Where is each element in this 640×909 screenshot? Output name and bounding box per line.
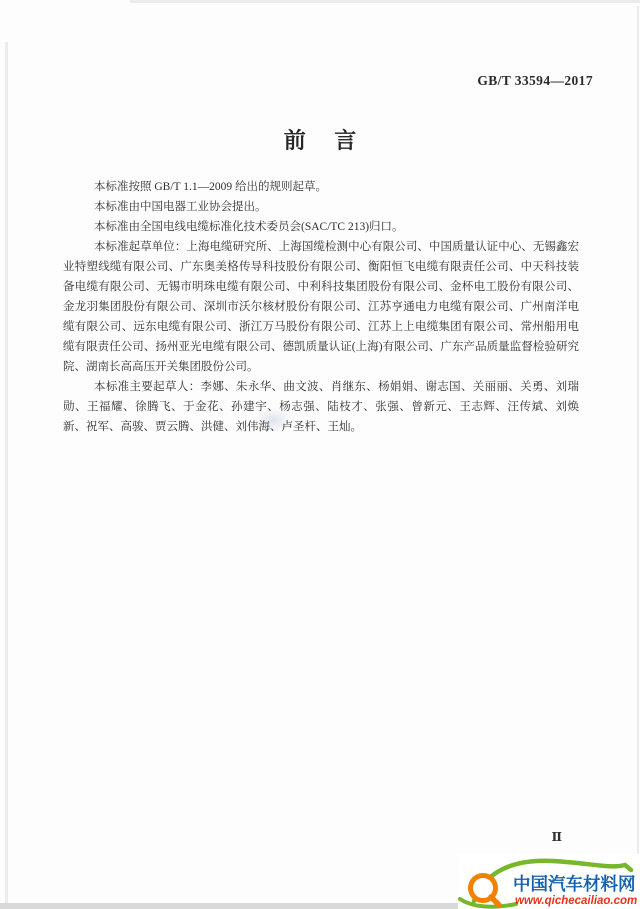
foreword-paragraph: 本标准由全国电线电缆标准化技术委员会(SAC/TC 213)归口。	[63, 217, 579, 237]
watermark-site-name: 中国汽车材料网	[513, 874, 636, 894]
document-page: GB/T 33594—2017 前言 本标准按照 GB/T 1.1—2009 给…	[0, 0, 640, 909]
watermark-site-url: www.qichecailiao.com	[515, 895, 637, 907]
watermark-logo: 中国汽车材料网 www.qichecailiao.com	[458, 854, 640, 909]
foreword-paragraph: 本标准起草单位：上海电缆研究所、上海国缆检测中心有限公司、中国质量认证中心、无锡…	[63, 237, 579, 377]
scan-edge-left	[5, 42, 8, 903]
page-number: Ⅱ	[551, 829, 562, 845]
foreword-paragraph: 本标准按照 GB/T 1.1—2009 给出的规则起草。	[63, 177, 579, 197]
scan-edge-top	[130, 0, 640, 3]
page-title: 前言	[0, 124, 640, 155]
foreword-paragraph: 本标准主要起草人：李娜、朱永华、曲文波、肖继东、杨娟娟、谢志国、关丽丽、关勇、刘…	[63, 377, 579, 437]
foreword-paragraph: 本标准由中国电器工业协会提出。	[63, 197, 579, 217]
standard-number: GB/T 33594—2017	[477, 73, 593, 89]
foreword-body: 本标准按照 GB/T 1.1—2009 给出的规则起草。 本标准由中国电器工业协…	[63, 177, 579, 437]
